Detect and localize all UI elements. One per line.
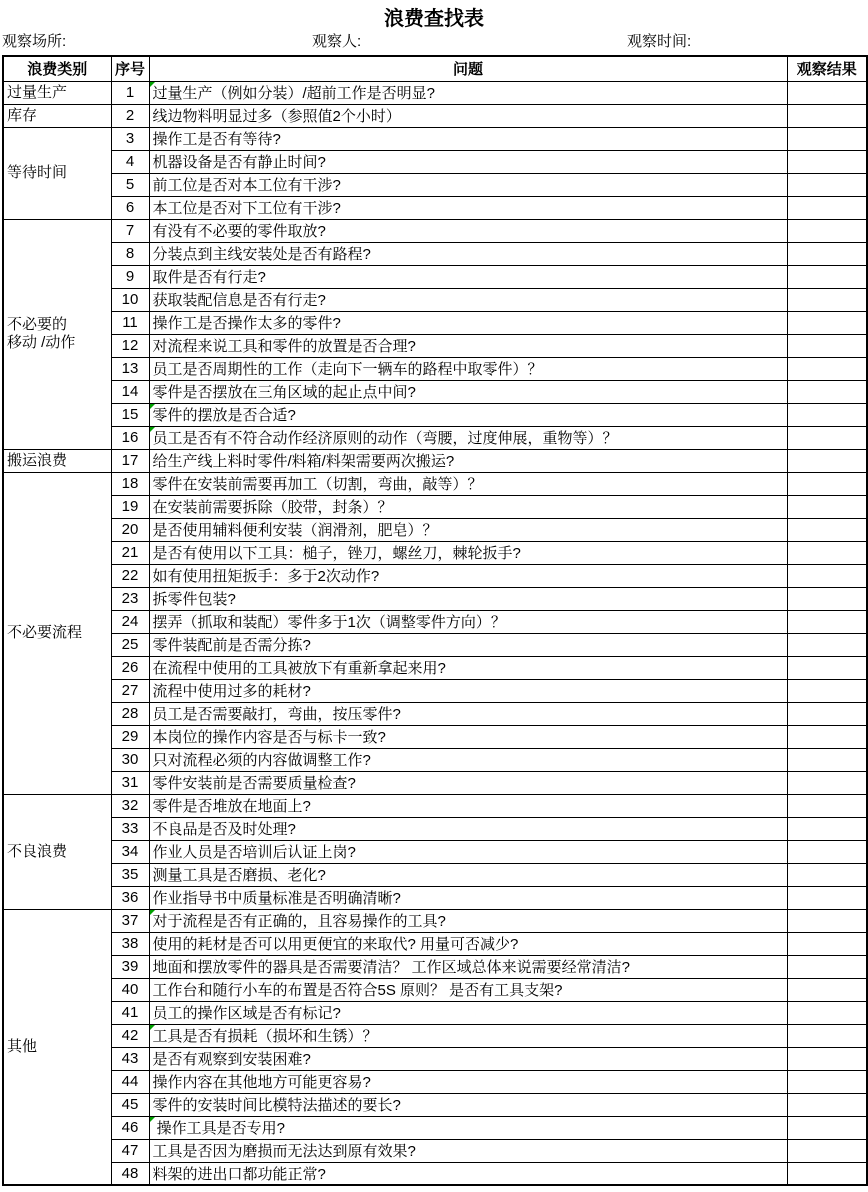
row-number: 27 <box>111 679 149 702</box>
question-text: 摆弄（抓取和装配）零件多于1次（调整零件方向）？ <box>153 614 506 631</box>
question-cell: 零件是否堆放在地面上? <box>149 794 787 817</box>
question-cell: 地面和摆放零件的器具是否需要清洁？ 工作区域总体来说需要经常清洁? <box>149 955 787 978</box>
result-cell[interactable] <box>787 196 867 219</box>
observer-label: 观察人: <box>312 31 361 53</box>
question-cell: 有没有不必要的零件取放? <box>149 219 787 242</box>
question-cell: 在流程中使用的工具被放下有重新拿起来用? <box>149 656 787 679</box>
table-row: 不必要的 移动 /动作7有没有不必要的零件取放? <box>3 219 867 242</box>
observer-field[interactable] <box>372 31 612 53</box>
result-cell[interactable] <box>787 265 867 288</box>
row-number: 46 <box>111 1116 149 1139</box>
question-cell: 过量生产（例如分装）/超前工作是否明显? <box>149 81 787 104</box>
row-number: 33 <box>111 817 149 840</box>
row-number: 11 <box>111 311 149 334</box>
question-text: 操作工具是否专用? <box>153 1120 286 1137</box>
row-number: 16 <box>111 426 149 449</box>
question-cell: 员工是否有不符合动作经济原则的动作（弯腰，过度伸展，重物等）？ <box>149 426 787 449</box>
question-cell: 作业人员是否培训后认证上岗? <box>149 840 787 863</box>
row-number: 18 <box>111 472 149 495</box>
question-cell: 如有使用扭矩扳手：多于2次动作? <box>149 564 787 587</box>
row-number: 43 <box>111 1047 149 1070</box>
question-cell: 摆弄（抓取和装配）零件多于1次（调整零件方向）？ <box>149 610 787 633</box>
row-number: 44 <box>111 1070 149 1093</box>
question-text: 员工的操作区域是否有标记? <box>153 1005 341 1022</box>
result-cell[interactable] <box>787 978 867 1001</box>
table-row: 38使用的耗材是否可以用更便宜的来取代? 用量可否减少? <box>3 932 867 955</box>
result-cell[interactable] <box>787 288 867 311</box>
question-text: 员工是否有不符合动作经济原则的动作（弯腰，过度伸展，重物等）？ <box>153 430 618 447</box>
comment-indicator-icon <box>150 910 155 915</box>
question-text: 在安装前需要拆除（胶带，封条）？ <box>153 499 393 516</box>
category-cell: 不必要流程 <box>3 472 111 794</box>
question-text: 分装点到主线安装处是否有路程? <box>153 246 371 263</box>
time-label: 观察时间: <box>627 31 691 53</box>
question-text: 地面和摆放零件的器具是否需要清洁？ 工作区域总体来说需要经常清洁? <box>153 959 631 976</box>
question-text: 零件在安装前需要再加工（切割，弯曲，敲等）？ <box>153 476 483 493</box>
table-row: 20是否使用辅料便利安装（润滑剂，肥皂）？ <box>3 518 867 541</box>
result-cell[interactable] <box>787 702 867 725</box>
result-cell[interactable] <box>787 334 867 357</box>
result-cell[interactable] <box>787 150 867 173</box>
question-cell: 拆零件包装? <box>149 587 787 610</box>
category-cell: 不必要的 移动 /动作 <box>3 219 111 449</box>
header-number: 序号 <box>111 56 149 81</box>
question-cell: 零件的安装时间比模特法描述的要长? <box>149 1093 787 1116</box>
question-cell: 员工是否需要敲打，弯曲，按压零件? <box>149 702 787 725</box>
time-field[interactable] <box>700 31 860 53</box>
table-row: 8分装点到主线安装处是否有路程? <box>3 242 867 265</box>
table-row: 35测量工具是否磨损、老化? <box>3 863 867 886</box>
table-row: 36作业指导书中质量标准是否明确清晰? <box>3 886 867 909</box>
table-row: 34作业人员是否培训后认证上岗? <box>3 840 867 863</box>
question-text: 拆零件包装? <box>153 591 236 608</box>
question-cell: 操作工是否有等待? <box>149 127 787 150</box>
result-cell[interactable] <box>787 104 867 127</box>
row-number: 38 <box>111 932 149 955</box>
result-cell[interactable] <box>787 311 867 334</box>
result-cell[interactable] <box>787 219 867 242</box>
question-cell: 线边物料明显过多（参照值2个小时） <box>149 104 787 127</box>
question-cell: 获取装配信息是否有行走? <box>149 288 787 311</box>
question-text: 使用的耗材是否可以用更便宜的来取代? 用量可否减少? <box>153 936 519 953</box>
result-cell[interactable] <box>787 656 867 679</box>
row-number: 9 <box>111 265 149 288</box>
question-text: 工具是否因为磨损而无法达到原有效果? <box>153 1143 416 1160</box>
table-row: 6本工位是否对下工位有干涉? <box>3 196 867 219</box>
table-row: 22如有使用扭矩扳手：多于2次动作? <box>3 564 867 587</box>
row-number: 12 <box>111 334 149 357</box>
header-question: 问题 <box>149 56 787 81</box>
question-text: 在流程中使用的工具被放下有重新拿起来用? <box>153 660 446 677</box>
question-cell: 是否有观察到安装困难? <box>149 1047 787 1070</box>
row-number: 17 <box>111 449 149 472</box>
row-number: 48 <box>111 1162 149 1185</box>
table-row: 14零件是否摆放在三角区域的起止点中间? <box>3 380 867 403</box>
row-number: 39 <box>111 955 149 978</box>
table-row: 不良浪费32零件是否堆放在地面上? <box>3 794 867 817</box>
question-text: 员工是否需要敲打，弯曲，按压零件? <box>153 706 401 723</box>
row-number: 28 <box>111 702 149 725</box>
question-text: 操作工是否操作太多的零件? <box>153 315 341 332</box>
table-row: 40工作台和随行小车的布置是否符合5S 原则？ 是否有工具支架? <box>3 978 867 1001</box>
question-cell: 操作工具是否专用? <box>149 1116 787 1139</box>
question-cell: 前工位是否对本工位有干涉? <box>149 173 787 196</box>
table-row: 其他37对于流程是否有正确的，且容易操作的工具? <box>3 909 867 932</box>
question-text: 零件的安装时间比模特法描述的要长? <box>153 1097 401 1114</box>
table-row: 10获取装配信息是否有行走? <box>3 288 867 311</box>
result-cell[interactable] <box>787 909 867 932</box>
row-number: 6 <box>111 196 149 219</box>
location-field[interactable] <box>80 31 300 53</box>
row-number: 42 <box>111 1024 149 1047</box>
question-cell: 员工的操作区域是否有标记? <box>149 1001 787 1024</box>
row-number: 14 <box>111 380 149 403</box>
question-text: 对于流程是否有正确的，且容易操作的工具? <box>153 913 446 930</box>
row-number: 5 <box>111 173 149 196</box>
result-cell[interactable] <box>787 380 867 403</box>
comment-indicator-icon <box>150 1117 155 1122</box>
comment-indicator-icon <box>150 427 155 432</box>
row-number: 7 <box>111 219 149 242</box>
question-cell: 工具是否因为磨损而无法达到原有效果? <box>149 1139 787 1162</box>
result-cell[interactable] <box>787 357 867 380</box>
result-cell[interactable] <box>787 1001 867 1024</box>
row-number: 41 <box>111 1001 149 1024</box>
question-text: 取件是否有行走? <box>153 269 266 286</box>
table-row: 4机器设备是否有静止时间? <box>3 150 867 173</box>
result-cell[interactable] <box>787 1093 867 1116</box>
result-cell[interactable] <box>787 886 867 909</box>
row-number: 1 <box>111 81 149 104</box>
result-cell[interactable] <box>787 81 867 104</box>
row-number: 10 <box>111 288 149 311</box>
location-label: 观察场所: <box>2 31 66 53</box>
question-cell: 流程中使用过多的耗材? <box>149 679 787 702</box>
question-text: 如有使用扭矩扳手：多于2次动作? <box>153 568 380 585</box>
observation-info-row: 观察场所: 观察人: 观察时间: <box>0 31 868 55</box>
table-row: 42工具是否有损耗（损坏和生锈）？ <box>3 1024 867 1047</box>
result-cell[interactable] <box>787 541 867 564</box>
result-cell[interactable] <box>787 725 867 748</box>
row-number: 30 <box>111 748 149 771</box>
result-cell[interactable] <box>787 633 867 656</box>
question-text: 不良品是否及时处理? <box>153 821 296 838</box>
row-number: 36 <box>111 886 149 909</box>
question-text: 机器设备是否有静止时间? <box>153 154 326 171</box>
result-cell[interactable] <box>787 840 867 863</box>
question-cell: 给生产线上料时零件/料箱/料架需要两次搬运? <box>149 449 787 472</box>
result-cell[interactable] <box>787 863 867 886</box>
question-cell: 料架的进出口都功能正常? <box>149 1162 787 1185</box>
row-number: 45 <box>111 1093 149 1116</box>
result-cell[interactable] <box>787 495 867 518</box>
question-cell: 对流程来说工具和零件的放置是否合理? <box>149 334 787 357</box>
question-text: 操作内容在其他地方可能更容易? <box>153 1074 371 1091</box>
question-cell: 零件是否摆放在三角区域的起止点中间? <box>149 380 787 403</box>
row-number: 35 <box>111 863 149 886</box>
question-cell: 是否使用辅料便利安装（润滑剂，肥皂）？ <box>149 518 787 541</box>
table-row: 39地面和摆放零件的器具是否需要清洁？ 工作区域总体来说需要经常清洁? <box>3 955 867 978</box>
question-cell: 使用的耗材是否可以用更便宜的来取代? 用量可否减少? <box>149 932 787 955</box>
row-number: 37 <box>111 909 149 932</box>
question-text: 有没有不必要的零件取放? <box>153 223 326 240</box>
question-cell: 工作台和随行小车的布置是否符合5S 原则？ 是否有工具支架? <box>149 978 787 1001</box>
table-row: 27流程中使用过多的耗材? <box>3 679 867 702</box>
question-text: 对流程来说工具和零件的放置是否合理? <box>153 338 416 355</box>
table-row: 库存2线边物料明显过多（参照值2个小时） <box>3 104 867 127</box>
question-text: 零件装配前是否需分拣? <box>153 637 311 654</box>
waste-checklist-table: 浪费类别 序号 问题 观察结果 过量生产1过量生产（例如分装）/超前工作是否明显… <box>2 55 868 1186</box>
question-cell: 零件在安装前需要再加工（切割，弯曲，敲等）？ <box>149 472 787 495</box>
table-row: 29本岗位的操作内容是否与标卡一致? <box>3 725 867 748</box>
row-number: 8 <box>111 242 149 265</box>
question-cell: 不良品是否及时处理? <box>149 817 787 840</box>
question-cell: 工具是否有损耗（损坏和生锈）？ <box>149 1024 787 1047</box>
comment-indicator-icon <box>150 82 155 87</box>
header-category: 浪费类别 <box>3 56 111 81</box>
table-row: 41员工的操作区域是否有标记? <box>3 1001 867 1024</box>
table-row: 不必要流程18零件在安装前需要再加工（切割，弯曲，敲等）？ <box>3 472 867 495</box>
table-row: 26在流程中使用的工具被放下有重新拿起来用? <box>3 656 867 679</box>
result-cell[interactable] <box>787 610 867 633</box>
question-text: 作业人员是否培训后认证上岗? <box>153 844 356 861</box>
question-cell: 测量工具是否磨损、老化? <box>149 863 787 886</box>
row-number: 25 <box>111 633 149 656</box>
question-text: 工作台和随行小车的布置是否符合5S 原则？ 是否有工具支架? <box>153 982 563 999</box>
result-cell[interactable] <box>787 771 867 794</box>
question-text: 本工位是否对下工位有干涉? <box>153 200 341 217</box>
table-row: 搬运浪费17给生产线上料时零件/料箱/料架需要两次搬运? <box>3 449 867 472</box>
table-row: 24摆弄（抓取和装配）零件多于1次（调整零件方向）？ <box>3 610 867 633</box>
question-text: 测量工具是否磨损、老化? <box>153 867 326 884</box>
result-cell[interactable] <box>787 1024 867 1047</box>
question-text: 零件是否堆放在地面上? <box>153 798 311 815</box>
result-cell[interactable] <box>787 127 867 150</box>
result-cell[interactable] <box>787 1116 867 1139</box>
question-text: 员工是否周期性的工作（走向下一辆车的路程中取零件）？ <box>153 361 543 378</box>
question-text: 零件是否摆放在三角区域的起止点中间? <box>153 384 416 401</box>
question-cell: 零件安装前是否需要质量检查? <box>149 771 787 794</box>
question-text: 是否使用辅料便利安装（润滑剂，肥皂）？ <box>153 522 438 539</box>
row-number: 21 <box>111 541 149 564</box>
question-cell: 员工是否周期性的工作（走向下一辆车的路程中取零件）？ <box>149 357 787 380</box>
question-text: 过量生产（例如分装）/超前工作是否明显? <box>153 85 436 102</box>
category-cell: 库存 <box>3 104 111 127</box>
result-cell[interactable] <box>787 817 867 840</box>
category-cell: 等待时间 <box>3 127 111 219</box>
table-row: 13员工是否周期性的工作（走向下一辆车的路程中取零件）？ <box>3 357 867 380</box>
result-cell[interactable] <box>787 679 867 702</box>
category-cell: 搬运浪费 <box>3 449 111 472</box>
category-cell: 过量生产 <box>3 81 111 104</box>
result-cell[interactable] <box>787 564 867 587</box>
result-cell[interactable] <box>787 1047 867 1070</box>
question-cell: 在安装前需要拆除（胶带，封条）？ <box>149 495 787 518</box>
result-cell[interactable] <box>787 1070 867 1093</box>
row-number: 15 <box>111 403 149 426</box>
table-row: 33不良品是否及时处理? <box>3 817 867 840</box>
table-row: 19在安装前需要拆除（胶带，封条）？ <box>3 495 867 518</box>
result-cell[interactable] <box>787 1139 867 1162</box>
table-row: 16员工是否有不符合动作经济原则的动作（弯腰，过度伸展，重物等）？ <box>3 426 867 449</box>
question-cell: 零件装配前是否需分拣? <box>149 633 787 656</box>
table-row: 47工具是否因为磨损而无法达到原有效果? <box>3 1139 867 1162</box>
result-cell[interactable] <box>787 955 867 978</box>
result-cell[interactable] <box>787 748 867 771</box>
result-cell[interactable] <box>787 518 867 541</box>
result-cell[interactable] <box>787 932 867 955</box>
question-cell: 作业指导书中质量标准是否明确清晰? <box>149 886 787 909</box>
row-number: 26 <box>111 656 149 679</box>
table-row: 等待时间3操作工是否有等待? <box>3 127 867 150</box>
table-row: 23拆零件包装? <box>3 587 867 610</box>
table-row: 9取件是否有行走? <box>3 265 867 288</box>
row-number: 4 <box>111 150 149 173</box>
table-row: 30只对流程必须的内容做调整工作? <box>3 748 867 771</box>
question-cell: 对于流程是否有正确的，且容易操作的工具? <box>149 909 787 932</box>
row-number: 3 <box>111 127 149 150</box>
table-body: 过量生产1过量生产（例如分装）/超前工作是否明显?库存2线边物料明显过多（参照值… <box>3 81 867 1185</box>
row-number: 20 <box>111 518 149 541</box>
row-number: 13 <box>111 357 149 380</box>
question-text: 给生产线上料时零件/料箱/料架需要两次搬运? <box>153 453 455 470</box>
table-row: 28员工是否需要敲打，弯曲，按压零件? <box>3 702 867 725</box>
question-cell: 操作工是否操作太多的零件? <box>149 311 787 334</box>
table-row: 25零件装配前是否需分拣? <box>3 633 867 656</box>
result-cell[interactable] <box>787 173 867 196</box>
question-cell: 是否有使用以下工具：槌子，锉刀，螺丝刀，棘轮扳手? <box>149 541 787 564</box>
header-result: 观察结果 <box>787 56 867 81</box>
question-text: 是否有观察到安装困难? <box>153 1051 311 1068</box>
comment-indicator-icon <box>150 1025 155 1030</box>
table-row: 44操作内容在其他地方可能更容易? <box>3 1070 867 1093</box>
table-row: 31零件安装前是否需要质量检查? <box>3 771 867 794</box>
table-row: 过量生产1过量生产（例如分装）/超前工作是否明显? <box>3 81 867 104</box>
row-number: 34 <box>111 840 149 863</box>
row-number: 31 <box>111 771 149 794</box>
table-row: 12对流程来说工具和零件的放置是否合理? <box>3 334 867 357</box>
question-cell: 只对流程必须的内容做调整工作? <box>149 748 787 771</box>
row-number: 24 <box>111 610 149 633</box>
result-cell[interactable] <box>787 794 867 817</box>
table-row: 48料架的进出口都功能正常? <box>3 1162 867 1185</box>
row-number: 19 <box>111 495 149 518</box>
result-cell[interactable] <box>787 587 867 610</box>
category-cell: 其他 <box>3 909 111 1185</box>
question-text: 料架的进出口都功能正常? <box>153 1166 326 1183</box>
table-row: 15零件的摆放是否合适? <box>3 403 867 426</box>
question-cell: 分装点到主线安装处是否有路程? <box>149 242 787 265</box>
question-text: 线边物料明显过多（参照值2个小时） <box>153 108 401 125</box>
page-title: 浪费查找表 <box>0 0 868 31</box>
question-cell: 零件的摆放是否合适? <box>149 403 787 426</box>
table-row: 46 操作工具是否专用? <box>3 1116 867 1139</box>
question-text: 本岗位的操作内容是否与标卡一致? <box>153 729 386 746</box>
waste-checklist-page: 浪费查找表 观察场所: 观察人: 观察时间: 浪费类别 序号 问题 观察结果 过… <box>0 0 868 1192</box>
question-text: 流程中使用过多的耗材? <box>153 683 311 700</box>
question-text: 工具是否有损耗（损坏和生锈）？ <box>153 1028 378 1045</box>
row-number: 47 <box>111 1139 149 1162</box>
category-cell: 不良浪费 <box>3 794 111 909</box>
question-cell: 操作内容在其他地方可能更容易? <box>149 1070 787 1093</box>
row-number: 22 <box>111 564 149 587</box>
question-text: 操作工是否有等待? <box>153 131 281 148</box>
result-cell[interactable] <box>787 426 867 449</box>
row-number: 40 <box>111 978 149 1001</box>
table-row: 11操作工是否操作太多的零件? <box>3 311 867 334</box>
question-text: 获取装配信息是否有行走? <box>153 292 326 309</box>
table-row: 45零件的安装时间比模特法描述的要长? <box>3 1093 867 1116</box>
result-cell[interactable] <box>787 242 867 265</box>
question-cell: 本岗位的操作内容是否与标卡一致? <box>149 725 787 748</box>
result-cell[interactable] <box>787 403 867 426</box>
question-text: 前工位是否对本工位有干涉? <box>153 177 341 194</box>
question-text: 零件安装前是否需要质量检查? <box>153 775 356 792</box>
row-number: 23 <box>111 587 149 610</box>
header-row: 浪费类别 序号 问题 观察结果 <box>3 56 867 81</box>
row-number: 32 <box>111 794 149 817</box>
table-row: 21是否有使用以下工具：槌子，锉刀，螺丝刀，棘轮扳手? <box>3 541 867 564</box>
question-text: 零件的摆放是否合适? <box>153 407 296 424</box>
question-text: 只对流程必须的内容做调整工作? <box>153 752 371 769</box>
comment-indicator-icon <box>150 404 155 409</box>
question-text: 是否有使用以下工具：槌子，锉刀，螺丝刀，棘轮扳手? <box>153 545 521 562</box>
table-row: 43是否有观察到安装困难? <box>3 1047 867 1070</box>
result-cell[interactable] <box>787 1162 867 1185</box>
table-row: 5前工位是否对本工位有干涉? <box>3 173 867 196</box>
question-cell: 本工位是否对下工位有干涉? <box>149 196 787 219</box>
result-cell[interactable] <box>787 449 867 472</box>
question-text: 作业指导书中质量标准是否明确清晰? <box>153 890 401 907</box>
row-number: 2 <box>111 104 149 127</box>
row-number: 29 <box>111 725 149 748</box>
question-cell: 取件是否有行走? <box>149 265 787 288</box>
question-cell: 机器设备是否有静止时间? <box>149 150 787 173</box>
result-cell[interactable] <box>787 472 867 495</box>
